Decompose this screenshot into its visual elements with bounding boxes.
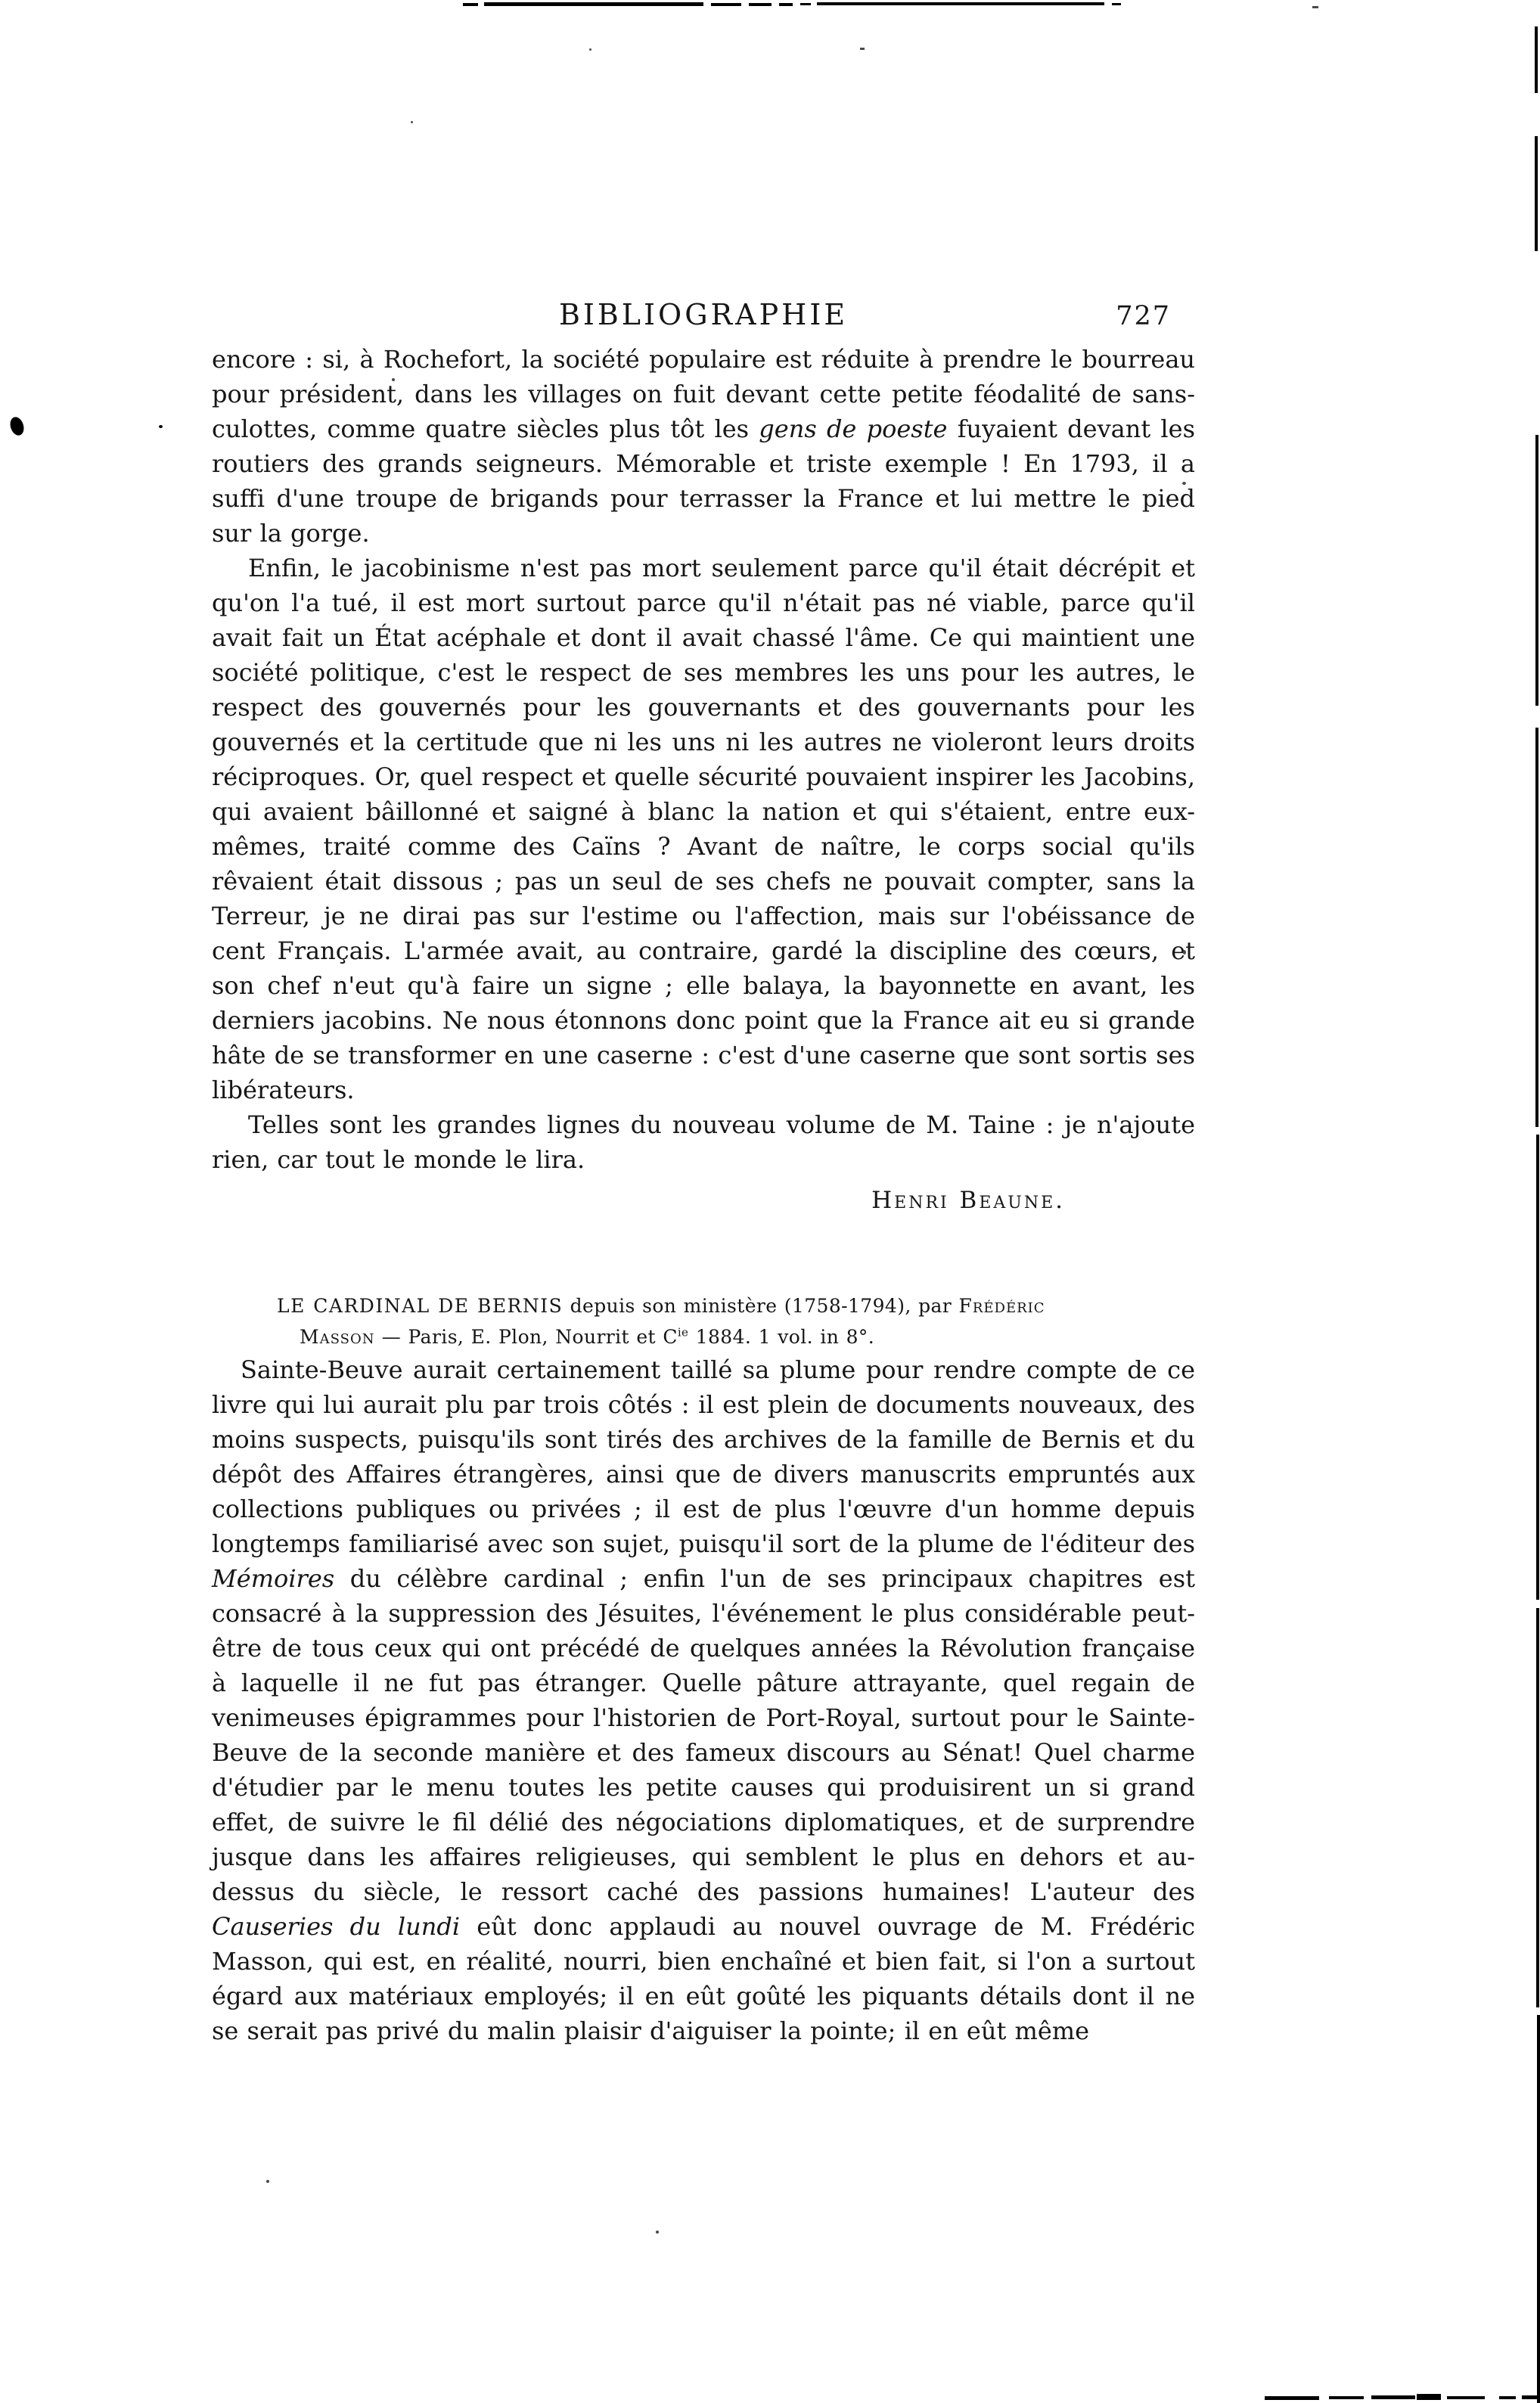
book-entry-line-1: LE CARDINAL DE BERNIS depuis son ministè… [277,1290,1195,1321]
scan-artifact-bottomline [1447,2396,1485,2399]
scan-artifact-rightline [1535,26,1538,93]
scan-artifact-topline [800,3,811,5]
page-number: 727 [1116,301,1171,331]
scan-artifact-speck [266,2180,269,2183]
scan-artifact-topline [1112,3,1121,5]
running-header: BIBLIOGRAPHIE 727 [212,298,1195,334]
book-entry-heading: LE CARDINAL DE BERNIS depuis son ministè… [212,1290,1195,1352]
scan-artifact-speck [392,378,395,381]
scan-artifact-speck [159,425,163,428]
scan-artifact-topline [817,2,1104,5]
scan-artifact-bottomline [1265,2396,1319,2400]
scan-artifact-rightline [1536,1135,1539,1600]
scan-artifact-topline [749,3,772,6]
scan-artifact-rightline [1537,2015,1540,2403]
text-column: encore : si, à Rochefort, la société pop… [212,342,1195,2048]
scan-artifact-topline [779,3,793,6]
paragraph-taine-2: Enfin, le jacobinisme n'est pas mort seu… [212,551,1195,1107]
scan-artifact-speck [1312,6,1318,8]
scan-artifact-rightline [1535,728,1538,1127]
scan-artifact-rightline [1535,136,1538,251]
paragraph-taine-3: Telles sont les grandes lignes du nouvea… [212,1107,1195,1177]
scan-artifact-bottomline [1371,2395,1415,2399]
scan-artifact-topline [711,3,741,6]
scan-artifact-rightline [1535,435,1538,706]
author-signature: Henri Beaune. [212,1183,1195,1218]
book-entry-line-2: Masson — Paris, E. Plon, Nourrit et Cie … [300,1321,1195,1352]
scan-artifact-speck [1182,482,1186,485]
running-header-title: BIBLIOGRAPHIE [212,298,1195,331]
scanned-book-page: { "header": { "title": "BIBLIOGRAPHIE", … [0,0,1540,2403]
scan-artifact-ink-blob [8,415,26,437]
scan-artifact-bottomline [1417,2394,1441,2400]
scan-artifact-speck [411,121,413,123]
scan-artifact-rightline [1536,1608,1539,2007]
scan-artifact-speck [860,48,865,50]
scan-artifact-bottomline [1329,2396,1364,2399]
scan-artifact-bottomline [1522,2395,1540,2399]
scan-artifact-bottomline [1499,2396,1516,2399]
scan-artifact-speck [589,48,591,51]
scan-artifact-speck [656,2231,659,2234]
scan-artifact-topline [484,2,703,6]
scan-artifact-topline [463,3,478,6]
paragraph-taine-1: encore : si, à Rochefort, la société pop… [212,342,1195,551]
scan-artifact-speck [1183,950,1186,955]
paragraph-masson-1: Sainte-Beuve aurait certainement taillé … [212,1352,1195,2048]
